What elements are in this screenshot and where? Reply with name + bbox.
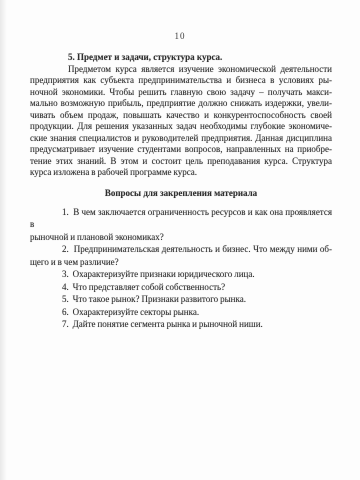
page-left-edge-shadow xyxy=(0,0,7,480)
page-content: 5. Предмет и задачи, структура курса. Пр… xyxy=(30,52,332,331)
paragraph-line: продукции. Для решения указанных задач н… xyxy=(30,121,332,133)
paragraph-line: предусматривает изучение студентами вопр… xyxy=(30,144,332,156)
questions-heading: Вопросы для закрепления материала xyxy=(30,187,332,199)
question-line: 7. Дайте понятие сегмента рынка и рыночн… xyxy=(30,318,332,331)
question-line: 4. Что представляет собой собственность? xyxy=(30,281,332,294)
paragraph-line: ские знания специалистов и руководителей… xyxy=(30,133,332,145)
paragraph-line: предприятия как субъекта предприниматель… xyxy=(30,75,332,87)
question-line: 3. Охарактеризуйте признаки юридического… xyxy=(30,268,332,281)
question-line: 5. Что такое рынок? Признаки развитого р… xyxy=(30,293,332,306)
section-paragraph: Предметом курса является изучение эконом… xyxy=(30,64,332,179)
questions-list: 1. В чем заключается ограниченность ресу… xyxy=(30,206,332,331)
paragraph-line: мально возможную прибыль, предприятие до… xyxy=(30,98,332,110)
section-heading: 5. Предмет и задачи, структура курса. xyxy=(30,52,332,64)
paragraph-line: тение этих знаний. В этом и состоит цель… xyxy=(30,156,332,168)
paragraph-line: курса изложена в рабочей программе курса… xyxy=(30,167,332,179)
question-line: рыночной и плановой экономиках? xyxy=(30,231,332,244)
paragraph-line: чивать объем продаж, повышать качество и… xyxy=(30,110,332,122)
question-line: 1. В чем заключается ограниченность ресу… xyxy=(30,206,332,231)
question-line: 2. Предпринимательская деятельность и би… xyxy=(30,243,332,256)
question-line: 6. Охарактеризуйте секторы рынка. xyxy=(30,306,332,319)
paragraph-line: Предметом курса является изучение эконом… xyxy=(30,64,332,76)
paragraph-line: ночной экономики. Чтобы решить главную с… xyxy=(30,87,332,99)
page-number: 10 xyxy=(0,31,360,41)
scanned-document-page: 10 5. Предмет и задачи, структура курса.… xyxy=(0,0,360,480)
question-line: щего и в чем различие? xyxy=(30,256,332,269)
